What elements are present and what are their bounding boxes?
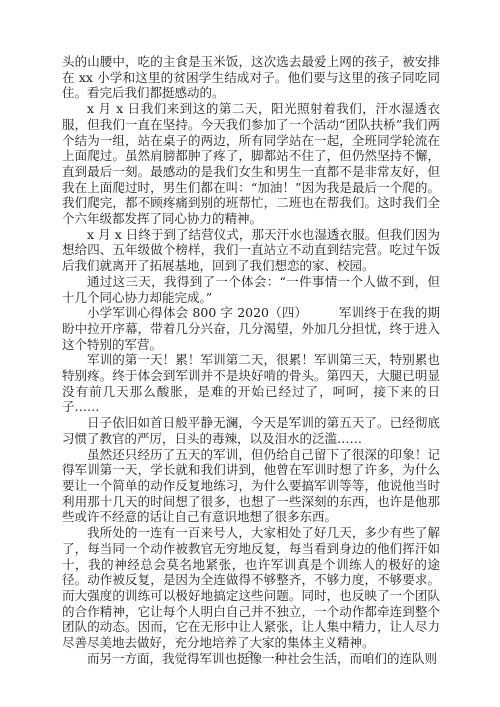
paragraph: 日子依旧如首日般平静无澜，今天是军训的第五天了。已经彻底习惯了教官的严厉，日头的…	[62, 415, 440, 446]
page-number: 3	[0, 650, 500, 661]
paragraph: 虽然还只经历了五天的军训，但仍给自己留下了很深的印象！记得军训第一天，学长就和我…	[62, 447, 440, 526]
paragraph: 小学军训心得体会 800 字 2020（四） 军训终于在我的期盼中拉开序幕，带着…	[62, 305, 440, 352]
paragraph: 军训的第一天！累！军训第二天，很累！军训第三天，特别累也特别疼。终于体会到军训并…	[62, 352, 440, 415]
document-page: 头的山腰中，吃的主食是玉米饭，这次选去最爱上网的孩子，被安排在 xx 小学和这里…	[0, 0, 500, 707]
paragraph-list: 头的山腰中，吃的主食是玉米饭，这次选去最爱上网的孩子，被安排在 xx 小学和这里…	[62, 54, 440, 666]
paragraph: 通过这三天，我得到了一个体会：“一件事情一个人做不到，但十几个同心协力却能完成。…	[62, 274, 440, 305]
paragraph: 我所处的一连有一百来号人，大家相处了好几天，多少有些了解了，每当同一个动作被教官…	[62, 525, 440, 651]
paragraph: 头的山腰中，吃的主食是玉米饭，这次选去最爱上网的孩子，被安排在 xx 小学和这里…	[62, 54, 440, 101]
paragraph: x 月 x 日我们来到这的第二天，阳光照射着我们，汗水湿透衣服，但我们一直在坚持…	[62, 101, 440, 227]
paragraph: x 月 x 日终于到了结营仪式，那天汗水也湿透衣服。但我们因为想给四、五年级做个…	[62, 227, 440, 274]
